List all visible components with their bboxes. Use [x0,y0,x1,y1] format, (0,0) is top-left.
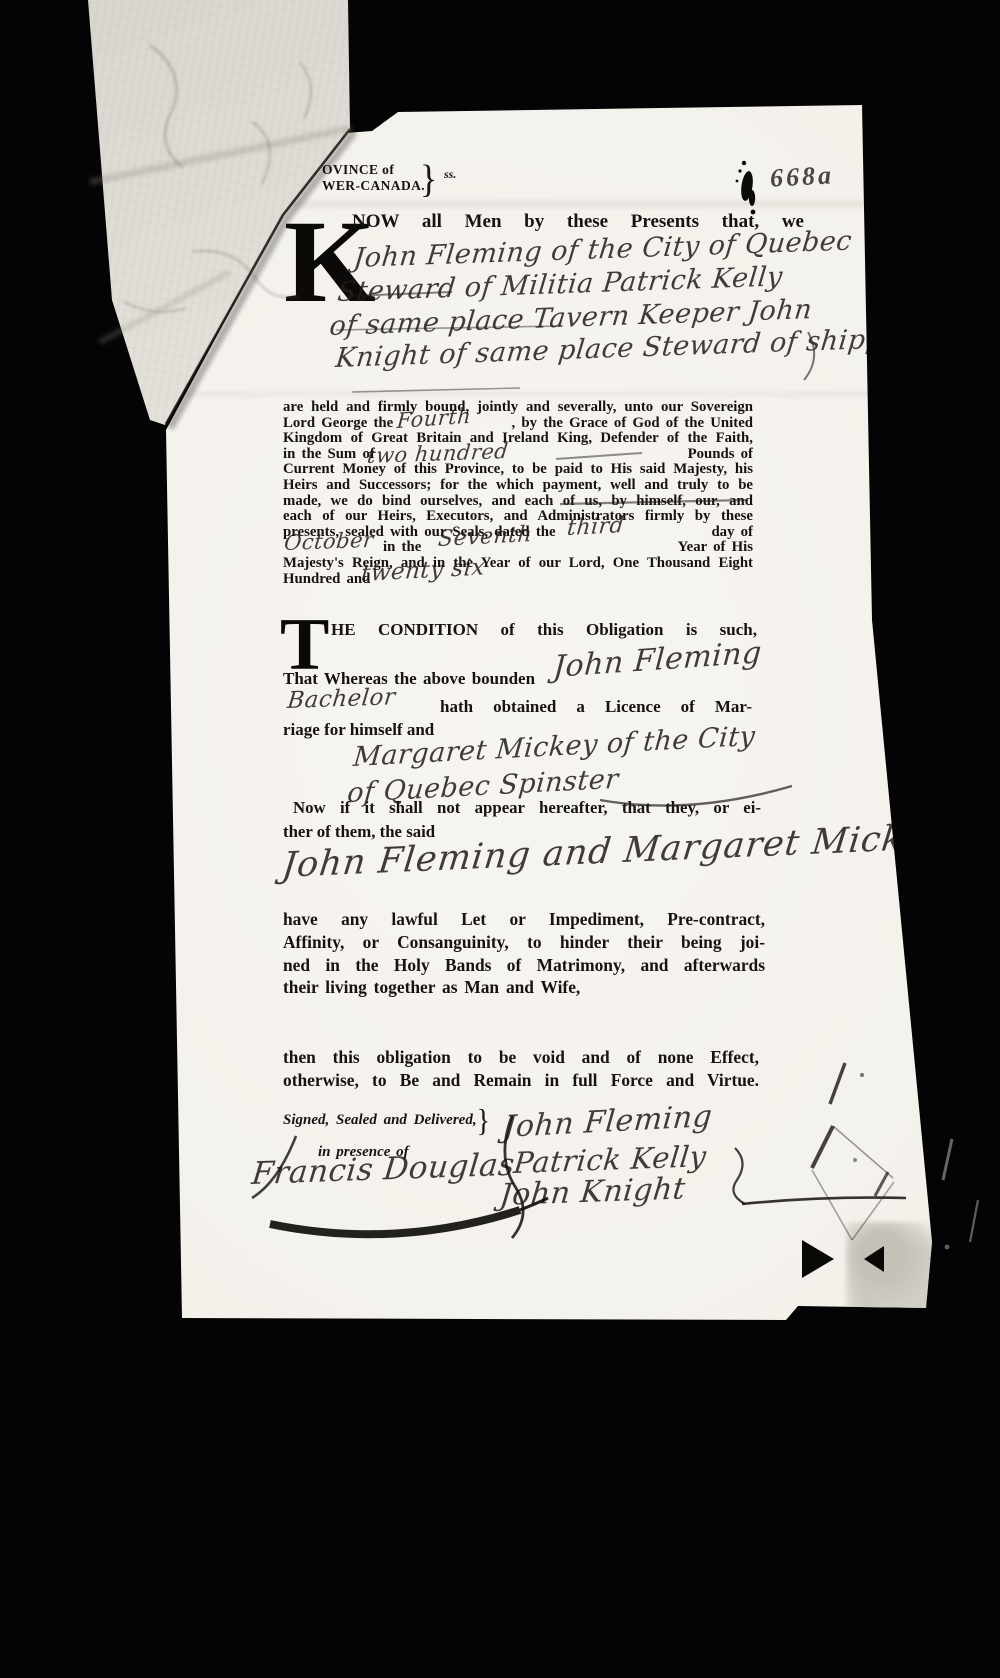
bond-paragraph: are held and firmly bound, jointly and s… [283,400,753,587]
impediment-paragraph: have any lawful Let or Impediment, Pre-c… [283,908,765,999]
film-scratch-marks [943,1139,978,1249]
handwritten-fill-day: third [566,513,625,541]
witness-signature: Francis Douglas [250,1147,517,1192]
signed-sealed-label: Signed, Sealed and Delivered,} [283,1106,490,1138]
party-signature: John Knight [498,1171,687,1213]
bond-line: in the Sum ofPounds of [283,447,753,463]
condition-heading: HE CONDITION of this Obligation is such, [331,620,757,640]
impediment-line: ned in the Holy Bands of Matrimony, and … [283,954,765,977]
paper-stain [846,1222,938,1317]
handwritten-bounden-name: John Fleming [552,635,763,685]
archival-photo-background: OVINCE of WER-CANADA. } ss. 668a K NOW a… [0,0,1000,1678]
bond-line: Heirs and Successors; for the which paym… [283,478,753,494]
signature-brace: } [477,1104,490,1141]
handwritten-fill-month: October [283,528,375,555]
closing-line: otherwise, to Be and Remain in full Forc… [283,1069,759,1092]
licence-line: hath obtained a Licence of Mar- [440,697,752,717]
now-line: ther of them, the said [283,822,435,842]
province-brace: } [420,156,437,202]
ss-abbreviation: ss. [444,167,456,182]
province-heading: OVINCE of WER-CANADA. [322,162,425,193]
now-line: Now if it shall not appear hereafter, th… [293,798,761,818]
bond-line: Majesty's Reign, and in the Year of our … [283,556,753,572]
handwritten-status: Bachelor [286,684,397,714]
province-line1: OVINCE of [322,162,394,177]
bond-line: Current Money of this Province, to be pa… [283,462,753,478]
party-signature: John Fleming [502,1099,714,1145]
bond-line: are held and firmly bound, jointly and s… [283,400,753,416]
impediment-line: Affinity, or Consanguinity, to hinder th… [283,931,765,954]
bond-line: made, we do bind ourselves, and each of … [283,494,753,510]
closing-line: then this obligation to be void and of n… [283,1046,759,1069]
licence-line: riage for himself and [283,720,434,740]
handwritten-fill-regnal-year: Seventh [437,522,533,552]
drop-cap-t: T [280,617,329,675]
impediment-line: have any lawful Let or Impediment, Pre-c… [283,908,765,931]
handwritten-fill-sum: two hundred [366,439,510,468]
impediment-line: their living together as Man and Wife, [283,976,765,999]
document-number: 668a [769,160,834,193]
closing-clause: then this obligation to be void and of n… [283,1046,759,1092]
bond-line: Kingdom of Great Britain and Ireland Kin… [283,431,753,447]
bond-line: Hundred and [283,572,753,588]
province-line2: WER-CANADA. [322,178,425,193]
bond-line: Lord George the, by the Grace of God of … [283,416,753,432]
